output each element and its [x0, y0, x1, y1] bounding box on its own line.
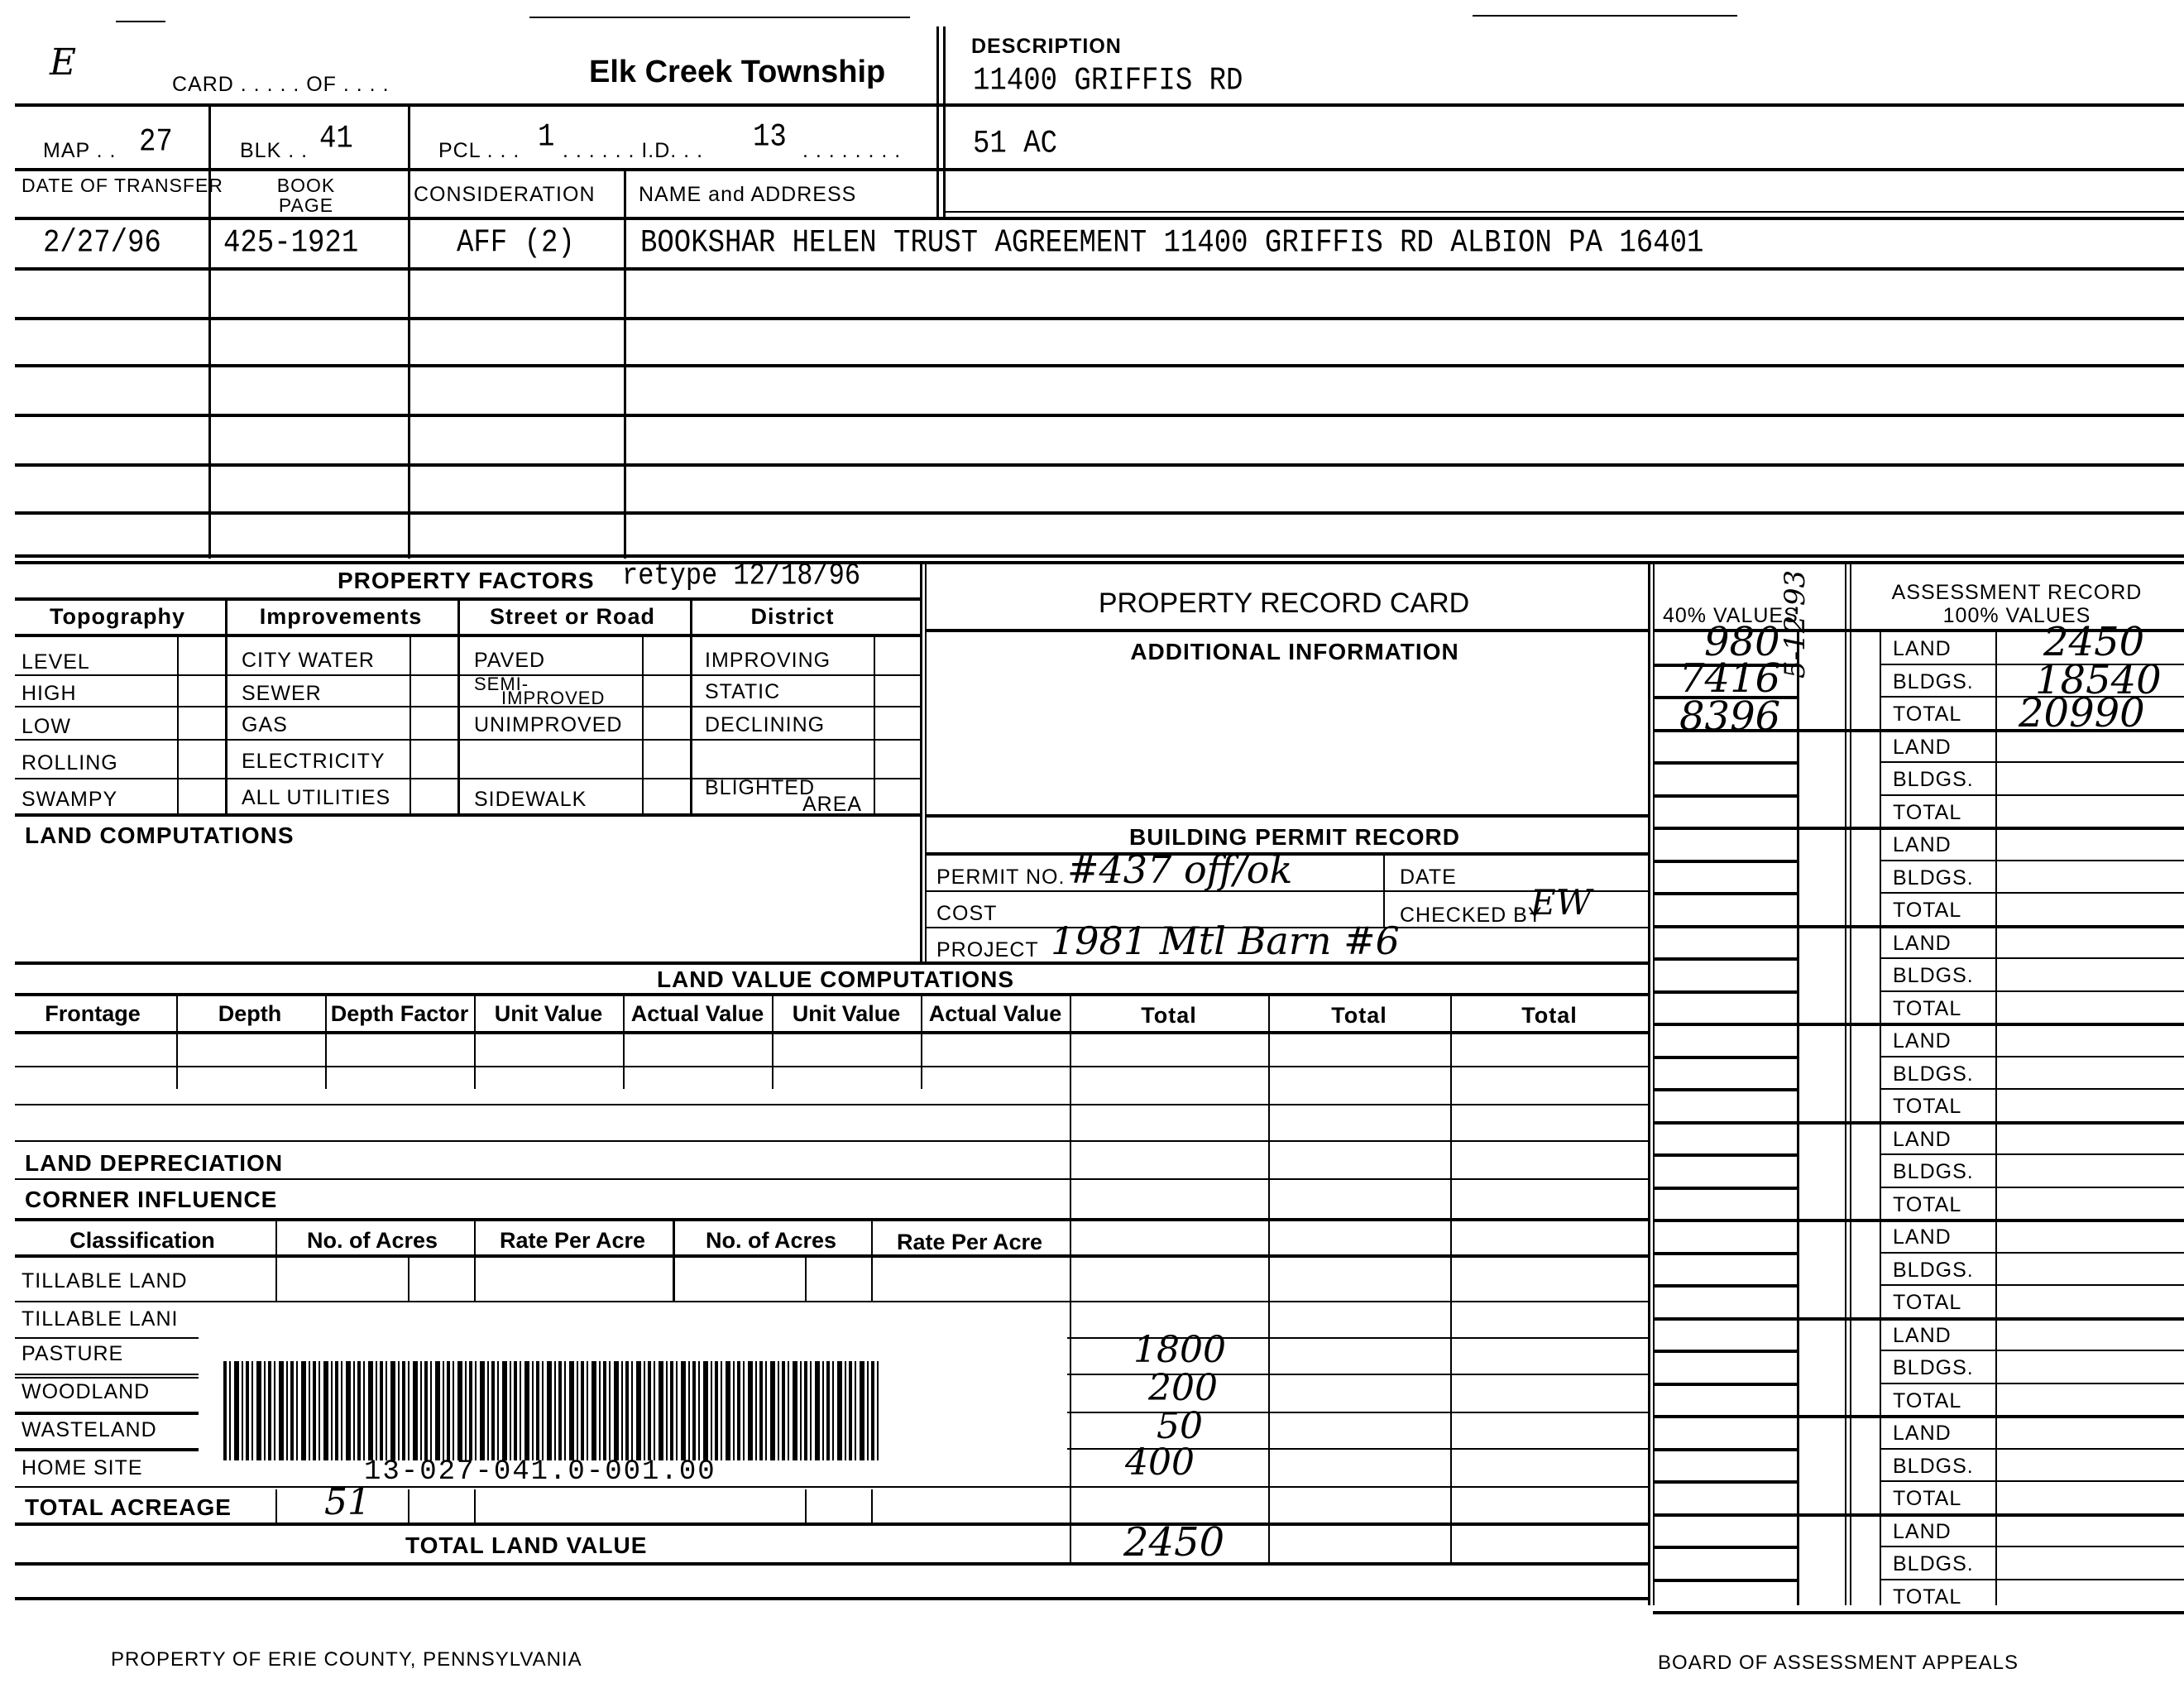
assessment-row-label: TOTAL: [1893, 1585, 1961, 1609]
assessment-row-label: BLDGS.: [1893, 1356, 1974, 1380]
classification-header: Classification: [69, 1228, 215, 1254]
total-header-2: Total: [1331, 1003, 1387, 1029]
permit-no-value: #437 off/ok: [1067, 847, 1292, 892]
sticker-edge: [984, 1302, 1067, 1486]
road-paved: PAVED: [474, 649, 545, 673]
barcode-number: 13-027-041.0-001.00: [364, 1456, 716, 1488]
rule: [1653, 860, 1797, 863]
rule: [1653, 1088, 1797, 1091]
rule: [15, 267, 2184, 271]
card-label: CARD . . . . . OF . . . .: [172, 73, 390, 97]
divider: [943, 26, 946, 217]
rule: [925, 629, 1648, 632]
topo-low: LOW: [22, 715, 71, 739]
assessment-title: ASSESSMENT RECORD: [1892, 581, 2143, 605]
footer-property-of: PROPERTY OF ERIE COUNTY, PENNSYLVANIA: [111, 1648, 582, 1671]
rate-per-acre-header: Rate Per Acre: [500, 1228, 645, 1254]
rule: [15, 1104, 1648, 1105]
classification-label: PASTURE: [22, 1342, 123, 1366]
rule: [1653, 990, 1797, 994]
rule: [1880, 794, 2184, 796]
rule: [1653, 1317, 1797, 1321]
transfer-name-address: BOOKSHAR HELEN TRUST AGREEMENT 11400 GRI…: [640, 225, 1703, 261]
township-title: Elk Creek Township: [589, 55, 885, 90]
rule: [15, 1413, 199, 1415]
col-rule: [874, 635, 875, 814]
corner-influence-label: CORNER INFLUENCE: [25, 1187, 277, 1213]
assessment-row-label: LAND: [1893, 833, 1952, 857]
total-header-1: Total: [1141, 1003, 1197, 1029]
rule: [15, 1066, 1648, 1067]
rule: [1653, 1219, 1797, 1222]
assessment-row-label: LAND: [1893, 637, 1952, 661]
scan-mark: [116, 21, 165, 22]
rule: [15, 634, 920, 637]
assessment-row-label: LAND: [1893, 1520, 1952, 1544]
rule: [1653, 1056, 1797, 1059]
rule: [15, 1597, 1648, 1600]
rule: [1653, 827, 1797, 830]
impr-electricity: ELECTRICITY: [242, 750, 386, 774]
rule: [15, 1523, 1648, 1526]
scan-mark: [1473, 15, 1737, 17]
cost-label: COST: [936, 902, 997, 926]
consideration-header: CONSIDERATION: [414, 183, 596, 207]
assessment-row-label: BLDGS.: [1893, 1160, 1974, 1184]
footer-board-appeals: BOARD OF ASSESSMENT APPEALS: [1658, 1652, 2019, 1675]
classification-label: TILLABLE LAND: [22, 1269, 188, 1293]
rule: [1653, 1546, 1797, 1549]
rule: [1880, 1153, 2184, 1155]
rule: [1880, 1284, 2184, 1286]
values-40-total: 8396: [1679, 693, 1780, 740]
land-depreciation-label: LAND DEPRECIATION: [25, 1150, 283, 1177]
col-rule: [325, 995, 327, 1089]
pcl-label: PCL . . .: [438, 139, 520, 163]
rule: [1653, 1121, 1797, 1125]
barcode-icon: [223, 1361, 881, 1460]
total-acreage-label: TOTAL ACREAGE: [25, 1494, 232, 1521]
rule: [1880, 761, 2184, 763]
district-blighted: BLIGHTED: [705, 776, 815, 800]
col-rule: [1450, 995, 1452, 1566]
col-rule: [474, 1220, 476, 1302]
rule: [15, 1218, 1648, 1221]
rule: [1880, 892, 2184, 894]
col-rule: [474, 1489, 476, 1523]
rule: [1880, 860, 2184, 861]
id-label: . . . . . . I.D. . .: [563, 139, 703, 163]
col-rule: [871, 1220, 873, 1302]
district-declining: DECLINING: [705, 713, 825, 737]
blk-label: BLK . .: [240, 139, 308, 163]
col-rule: [177, 635, 179, 814]
assessment-total-value: 20990: [2019, 690, 2145, 736]
col-rule: [408, 1489, 409, 1523]
col-rule: [409, 635, 411, 814]
land-computations-title: LAND COMPUTATIONS: [25, 822, 295, 849]
rule: [1653, 957, 1797, 961]
rule: [15, 1486, 1648, 1488]
transfer-book-page: 425-1921: [223, 225, 358, 261]
divider: [1845, 563, 1846, 1605]
assessment-row-label: LAND: [1893, 736, 1952, 760]
rule: [15, 364, 2184, 367]
divider: [920, 563, 922, 963]
permit-no-label: PERMIT NO.: [936, 866, 1065, 890]
assessment-row-label: LAND: [1893, 1324, 1952, 1348]
col-rule: [1880, 631, 1881, 1605]
date-of-transfer-header: DATE OF TRANSFER: [22, 175, 187, 195]
home-site-total: 400: [1125, 1441, 1195, 1484]
col-rule: [408, 105, 410, 559]
rule: [1653, 1023, 1797, 1026]
divider: [1648, 563, 1650, 1605]
assessment-row-label: TOTAL: [1893, 899, 1961, 923]
col-rule: [623, 995, 625, 1089]
assessment-row-label: BLDGS.: [1893, 1062, 1974, 1086]
rule: [15, 739, 920, 741]
checked-by-label: CHECKED BY: [1400, 904, 1543, 928]
transfer-consideration: AFF (2): [457, 225, 575, 261]
rule: [1653, 1611, 1797, 1614]
district-improving: IMPROVING: [705, 649, 831, 673]
no-of-acres-header-2: No. of Acres: [706, 1228, 836, 1254]
assessment-row-label: LAND: [1893, 932, 1952, 956]
rule: [15, 317, 2184, 320]
rule: [15, 1450, 199, 1451]
road-unimproved: UNIMPROVED: [474, 713, 622, 737]
unit-value-header-2: Unit Value: [793, 1001, 901, 1027]
project-label: PROJECT: [936, 938, 1039, 962]
rule: [1653, 794, 1797, 798]
name-address-header: NAME and ADDRESS: [639, 183, 856, 207]
rule: [1880, 990, 2184, 992]
rule: [1880, 1480, 2184, 1482]
book-page-header: BOOK PAGE: [256, 175, 356, 215]
col-rule: [772, 995, 773, 1089]
property-factors-title: PROPERTY FACTORS: [338, 568, 595, 594]
assessment-row-label: TOTAL: [1893, 1095, 1961, 1119]
actual-value-header-2: Actual Value: [929, 1001, 1062, 1027]
impr-all-utilities: ALL UTILITIES: [242, 786, 390, 810]
rule: [1653, 1383, 1797, 1386]
topo-level: LEVEL: [22, 650, 90, 674]
project-value: 1981 Mtl Barn #6: [1051, 918, 1400, 963]
rule: [1653, 696, 1797, 699]
rate-per-acre-header-2: Rate Per Acre: [897, 1230, 1042, 1255]
description-line1: 11400 GRIFFIS RD: [973, 63, 1243, 99]
transfer-date: 2/27/96: [43, 225, 161, 261]
topo-swampy: SWAMPY: [22, 788, 117, 812]
land-value-computations-title: LAND VALUE COMPUTATIONS: [657, 966, 1014, 993]
rule: [1653, 1284, 1797, 1288]
col-rule: [805, 1489, 807, 1523]
rule: [1653, 1350, 1797, 1353]
rule: [15, 554, 2184, 558]
col-rule: [1070, 995, 1071, 1566]
road-sidewalk: SIDEWALK: [474, 788, 587, 812]
additional-information-title: ADDITIONAL INFORMATION: [1130, 639, 1458, 665]
rule: [925, 814, 1648, 818]
rule: [15, 1254, 1648, 1258]
rule: [15, 1562, 1648, 1566]
assessment-row-label: TOTAL: [1893, 1291, 1961, 1315]
initial-mark: E: [50, 41, 76, 84]
topo-rolling: ROLLING: [22, 751, 118, 775]
col-rule: [673, 1220, 675, 1302]
rule: [15, 103, 2184, 107]
rule: [15, 217, 2184, 220]
district-static: STATIC: [705, 680, 780, 704]
no-of-acres-header: No. of Acres: [307, 1228, 438, 1254]
col-rule: [1268, 995, 1270, 1566]
rule: [1880, 1448, 2184, 1450]
assessment-row-label: LAND: [1893, 1422, 1952, 1446]
col-rule: [642, 635, 644, 814]
rule: [1880, 1056, 2184, 1057]
rule: [1880, 1383, 2184, 1384]
assessment-row-label: BLDGS.: [1893, 964, 1974, 988]
divider: [936, 26, 939, 217]
impr-gas: GAS: [242, 713, 288, 737]
col-rule: [1995, 631, 1997, 1605]
rule: [1880, 1252, 2184, 1254]
rule: [1880, 1546, 2184, 1547]
rule: [1653, 1579, 1797, 1582]
divider: [925, 563, 927, 963]
rule: [15, 414, 2184, 417]
assessment-row-label: LAND: [1893, 1128, 1952, 1152]
pcl-value: 1: [538, 119, 554, 156]
col-rule: [275, 1489, 277, 1523]
checked-by-value: EW: [1530, 882, 1592, 923]
depth-header: Depth: [218, 1001, 282, 1027]
street-or-road-header: Street or Road: [490, 604, 655, 630]
actual-value-header: Actual Value: [631, 1001, 764, 1027]
classification-label: HOME SITE: [22, 1456, 143, 1480]
rule: [15, 706, 920, 707]
property-record-card-title: PROPERTY RECORD CARD: [1099, 587, 1469, 620]
rule: [1880, 1350, 2184, 1351]
map-value: 27: [139, 124, 173, 161]
description-label: DESCRIPTION: [971, 35, 1122, 59]
assessment-row-label: BLDGS.: [1893, 1552, 1974, 1576]
rule: [1653, 664, 1797, 667]
classification-label: TILLABLE LANI: [22, 1307, 178, 1331]
divider: [1850, 563, 1851, 1605]
improvements-header: Improvements: [260, 604, 423, 630]
col-rule: [176, 995, 178, 1089]
values-40-side-note: 5-12-93: [1779, 570, 1812, 679]
rule: [15, 511, 2184, 515]
rule: [1880, 957, 2184, 959]
woodland-total: 200: [1148, 1367, 1218, 1409]
assessment-row-label: BLDGS.: [1893, 866, 1974, 890]
col-rule: [871, 1489, 873, 1523]
blk-value: 41: [319, 121, 353, 157]
district-area: AREA: [802, 793, 862, 817]
assessment-row-label: TOTAL: [1893, 1389, 1961, 1413]
rule: [945, 211, 2184, 213]
assessment-row-label: LAND: [1893, 1029, 1952, 1053]
rule: [15, 597, 920, 601]
rule: [1653, 1480, 1797, 1484]
assessment-row-label: BLDGS.: [1893, 1455, 1974, 1479]
rule: [1653, 1252, 1797, 1255]
assessment-row-label: TOTAL: [1893, 801, 1961, 825]
classification-label: WASTELAND: [22, 1418, 157, 1442]
col-rule: [805, 1256, 807, 1302]
depth-factor-header: Depth Factor: [331, 1001, 469, 1027]
unit-value-header: Unit Value: [495, 1001, 603, 1027]
rule: [15, 561, 2184, 564]
description-line2: 51 AC: [973, 126, 1057, 162]
rule: [1653, 1513, 1797, 1517]
rule: [15, 961, 1648, 965]
rule: [1880, 1187, 2184, 1188]
rule: [1880, 1579, 2184, 1580]
rule: [15, 993, 1648, 996]
col-rule: [275, 1220, 277, 1302]
rule: [1880, 1088, 2184, 1090]
rule: [1653, 925, 1797, 928]
rule: [1653, 1448, 1797, 1451]
impr-city-water: CITY WATER: [242, 649, 375, 673]
rule: [1653, 1415, 1797, 1418]
topo-high: HIGH: [22, 682, 77, 706]
rule: [15, 674, 920, 676]
road-improved: IMPROVED: [501, 688, 605, 709]
assessment-row-label: BLDGS.: [1893, 768, 1974, 792]
total-land-value-label: TOTAL LAND VALUE: [405, 1532, 647, 1559]
rule: [15, 1377, 199, 1379]
assessment-row-label: TOTAL: [1893, 1193, 1961, 1217]
topography-header: Topography: [50, 604, 185, 630]
total-land-value: 2450: [1123, 1519, 1224, 1566]
total-acreage-value: 51: [324, 1481, 371, 1523]
impr-sewer: SEWER: [242, 682, 322, 706]
assessment-row-label: TOTAL: [1893, 997, 1961, 1021]
col-rule: [1797, 629, 1799, 1605]
pasture-total: 1800: [1133, 1329, 1226, 1371]
id-value: 13: [753, 119, 787, 156]
rule: [15, 1140, 1648, 1142]
col-rule: [408, 1256, 409, 1302]
classification-label: WOODLAND: [22, 1380, 150, 1404]
assessment-row-label: TOTAL: [1893, 1487, 1961, 1511]
rule: [15, 168, 2184, 171]
col-rule: [921, 995, 922, 1089]
rule: [1653, 892, 1797, 895]
rule: [1653, 1153, 1797, 1157]
rule: [15, 1031, 1648, 1034]
rule: [15, 463, 2184, 467]
col-rule: [208, 105, 211, 559]
retype-note: retype 12/18/96: [622, 558, 860, 593]
id-trail: . . . . . . . .: [802, 139, 901, 163]
rule: [1653, 761, 1797, 765]
assessment-row-label: BLDGS.: [1893, 1259, 1974, 1283]
col-rule: [474, 995, 476, 1089]
assessment-row-label: BLDGS.: [1893, 670, 1974, 694]
date-label: DATE: [1400, 866, 1457, 890]
map-label: MAP . .: [43, 139, 117, 163]
frontage-header: Frontage: [45, 1001, 141, 1027]
rule: [15, 1178, 1648, 1180]
district-header: District: [750, 604, 834, 630]
scan-mark: [529, 17, 910, 18]
rule: [1653, 1187, 1797, 1190]
rule: [1653, 729, 1797, 732]
total-header-3: Total: [1521, 1003, 1578, 1029]
rule: [15, 813, 920, 817]
assessment-row-label: LAND: [1893, 1225, 1952, 1249]
assessment-row-label: TOTAL: [1893, 703, 1961, 727]
